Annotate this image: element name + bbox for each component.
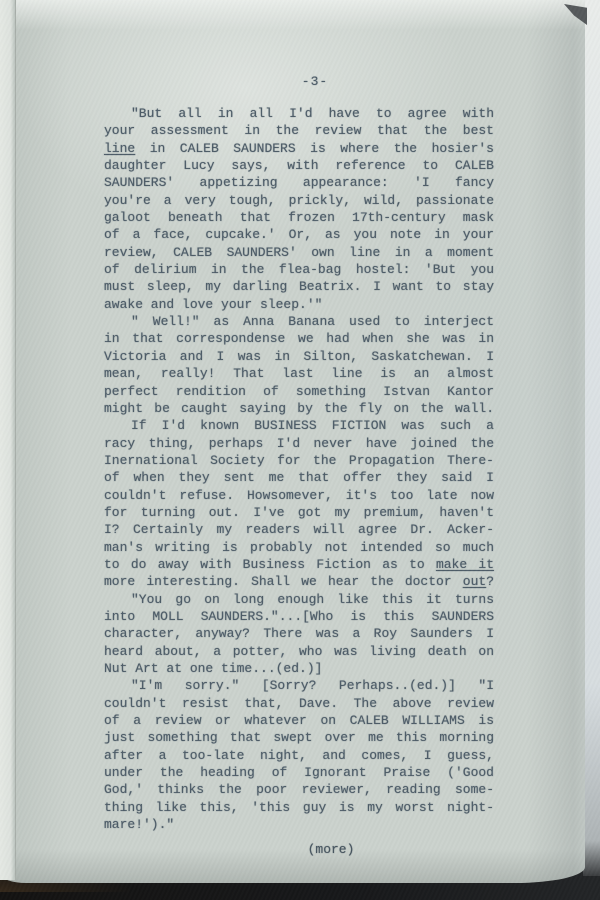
- text-line: review, CALEB SAUNDERS' own line in a mo…: [104, 244, 494, 261]
- typed-text: "But all in all I'd have to agree withyo…: [104, 105, 494, 833]
- text-line: more interesting. Shall we hear the doct…: [104, 573, 494, 590]
- text-line: under the heading of Ignorant Praise ('G…: [104, 764, 494, 781]
- text-line: in that correspondense we had when she w…: [104, 330, 494, 347]
- text-line: God,' thinks the poor reviewer, reading …: [104, 781, 494, 798]
- text-line: character, anyway? There was a Roy Saund…: [104, 625, 494, 642]
- text-line: "But all in all I'd have to agree with: [104, 105, 494, 122]
- page-right-gap: [583, 0, 600, 876]
- text-line: couldn't refuse. Howsomever, it's too la…: [104, 487, 494, 504]
- text-line: of delirium in the flea-bag hostel: 'But…: [104, 261, 494, 278]
- text-line: of a face, cupcake.' Or, as you note in …: [104, 226, 494, 243]
- text-line: perfect rendition of something Istvan Ka…: [104, 383, 494, 400]
- text-line: must sleep, my darling Beatrix. I want t…: [104, 278, 494, 295]
- text-line: daughter Lucy says, with reference to CA…: [104, 157, 494, 174]
- text-line: of when they sent me that offer they sai…: [104, 469, 494, 486]
- text-line: Inernational Society for the Propagation…: [104, 452, 494, 469]
- page-left-edge: [0, 0, 16, 880]
- text-line: mean, really! That last line is an almos…: [104, 365, 494, 382]
- text-line: "You go on long enough like this it turn…: [104, 591, 494, 608]
- text-line: racy thing, perhaps I'd never have joine…: [104, 435, 494, 452]
- text-line: your assessment in the review that the b…: [104, 122, 494, 139]
- text-line: Victoria and I was in Silton, Saskatchew…: [104, 348, 494, 365]
- text-line: man's writing is probably not intended s…: [104, 539, 494, 556]
- text-line: couldn't resist that, Dave. The above re…: [104, 695, 494, 712]
- text-line: into MOLL SAUNDERS."...[Who is this SAUN…: [104, 608, 494, 625]
- text-line: mare!').": [104, 816, 494, 833]
- text-line: just something that swept over me this m…: [104, 729, 494, 746]
- text-line: I? Certainly my readers will agree Dr. A…: [104, 521, 494, 538]
- text-line: for turning out. I've got my premium, ha…: [104, 504, 494, 521]
- footer-more: (more): [104, 842, 494, 857]
- text-line: of a review or whatever on CALEB WILLIAM…: [104, 712, 494, 729]
- text-line: after a too-late night, and comes, I gue…: [104, 747, 494, 764]
- text-line: to do away with Business Fiction as to m…: [104, 556, 494, 573]
- text-line: If I'd known BUSINESS FICTION was such a: [104, 417, 494, 434]
- page-number: -3-: [104, 74, 494, 89]
- text-line: awake and love your sleep.'": [104, 296, 494, 313]
- text-line: SAUNDERS' appetizing appearance: 'I fanc…: [104, 174, 494, 191]
- text-line: line in CALEB SAUNDERS is where the hosi…: [104, 140, 494, 157]
- text-line: heard about, a potter, who was living de…: [104, 643, 494, 660]
- text-line: galoot beneath that frozen 17th-century …: [104, 209, 494, 226]
- text-line: you're a very tough, prickly, wild, pass…: [104, 192, 494, 209]
- text-line: "I'm sorry." [Sorry? Perhaps..(ed.)] "I: [104, 677, 494, 694]
- text-line: " Well!" as Anna Banana used to interjec…: [104, 313, 494, 330]
- text-line: thing like this, 'this guy is my worst n…: [104, 799, 494, 816]
- text-line: might be caught saying by the fly on the…: [104, 400, 494, 417]
- text-line: Nut Art at one time...(ed.)]: [104, 660, 494, 677]
